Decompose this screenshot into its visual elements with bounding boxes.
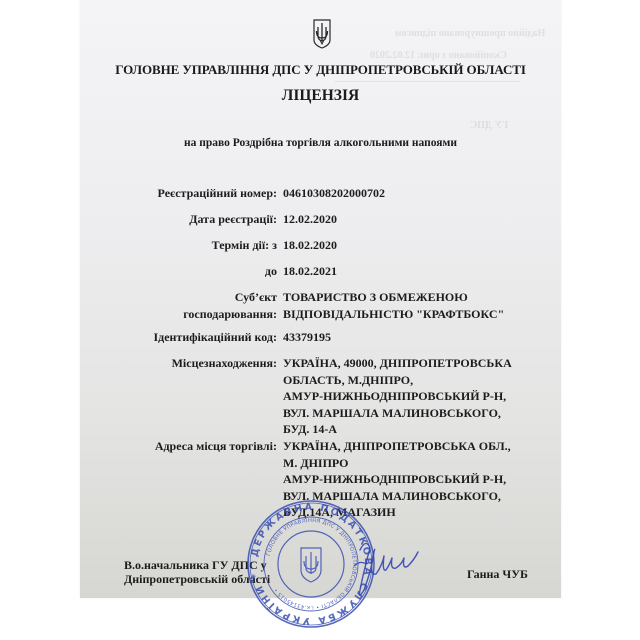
field-value: 18.02.2020 <box>283 237 337 254</box>
field-value-line: БУД. 14-А <box>283 421 553 438</box>
field-value-line: М. ДНІПРО <box>283 455 553 472</box>
field-value: УКРАЇНА, 49000, ДНІПРОПЕТРОВСЬКА ОБЛАСТЬ… <box>283 355 553 438</box>
field-value: ТОВАРИСТВО З ОБМЕЖЕНОЮ ВІДПОВІДАЛЬНІСТЮ … <box>283 289 553 322</box>
bleed-through-text: Скопійовано з ориг. 12.02.2020 <box>370 50 507 61</box>
field-label: Ідентифікаційний код: <box>153 329 277 346</box>
field-value-line: ОБЛАСТЬ, М.ДНІПРО, <box>283 372 553 389</box>
field-value: 04610308202000702 <box>283 185 385 202</box>
field-value-line: ВУЛ. МАРШАЛА МАЛИНОВСЬКОГО, <box>283 405 553 422</box>
field-label: до <box>265 263 277 280</box>
field-label: Місцезнаходження: <box>172 355 277 372</box>
bleed-through-text: Надійно прошнуровано підписом <box>395 28 545 39</box>
signatory-name: Ганна ЧУБ <box>467 567 528 582</box>
field-value-line: УКРАЇНА, ДНІПРОПЕТРОВСЬКА ОБЛ., <box>283 438 553 455</box>
coat-of-arms-icon <box>313 19 331 49</box>
field-label: Дата реєстрації: <box>189 211 277 228</box>
field-value: 12.02.2020 <box>283 211 337 228</box>
field-value-line: ТОВАРИСТВО З ОБМЕЖЕНОЮ <box>283 289 553 306</box>
field-value-line: АМУР-НИЖНЬОДНІПРОВСЬКИЙ Р-Н, <box>283 388 553 405</box>
field-value-line: ВІДПОВІДАЛЬНІСТЮ "КРАФТБОКС" <box>283 306 553 323</box>
field-value: 43379195 <box>283 329 331 346</box>
field-label-line: господарювання: <box>183 306 277 323</box>
license-right: на право Роздрібна торгівля алкогольними… <box>80 137 561 149</box>
issuer-heading: ГОЛОВНЕ УПРАВЛІННЯ ДПС У ДНІПРОПЕТРОВСЬК… <box>80 62 561 78</box>
field-label: Суб’єкт господарювання: <box>183 289 277 322</box>
field-label-line: Суб’єкт <box>183 289 277 306</box>
field-value-line: АМУР-НИЖНЬОДНІПРОВСЬКИЙ Р-Н, <box>283 471 553 488</box>
handwritten-signature-icon <box>352 530 432 610</box>
bleed-through-text: ГУ ДПС <box>470 120 508 131</box>
field-label: Термін дії: з <box>212 237 277 254</box>
document-title: ЛІЦЕНЗІЯ <box>80 87 561 105</box>
field-value: 18.02.2021 <box>283 263 337 280</box>
field-value-line: УКРАЇНА, 49000, ДНІПРОПЕТРОВСЬКА <box>283 355 553 372</box>
field-label: Реєстраційний номер: <box>158 185 277 202</box>
field-label: Адреса місця торгівлі: <box>155 438 277 455</box>
